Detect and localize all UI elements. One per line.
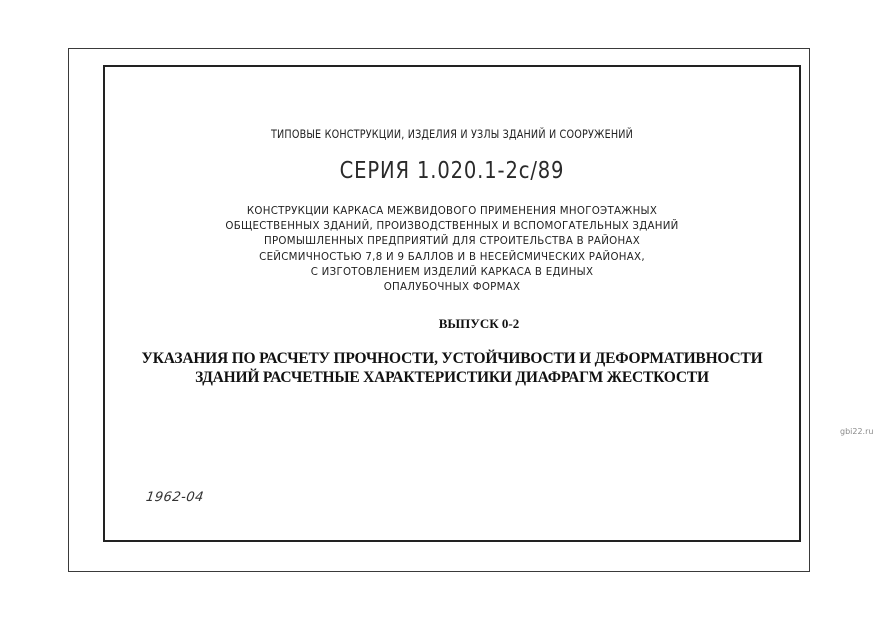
description-line: ОПАЛУБОЧНЫХ ФОРМАХ	[127, 279, 776, 294]
description-line: ОБЩЕСТВЕННЫХ ЗДАНИЙ, ПРОИЗВОДСТВЕННЫХ И …	[127, 218, 776, 233]
series-title: СЕРИЯ 1.020.1-2с/89	[155, 158, 748, 184]
issue-number: ВЫПУСК 0-2	[130, 316, 828, 332]
description-line: СЕЙСМИЧНОСТЬЮ 7,8 И 9 БАЛЛОВ И В НЕСЕЙСМ…	[127, 249, 776, 264]
document-header: ТИПОВЫЕ КОНСТРУКЦИИ, ИЗДЕЛИЯ И УЗЛЫ ЗДАН…	[127, 127, 776, 141]
description-line: С ИЗГОТОВЛЕНИЕМ ИЗДЕЛИЙ КАРКАСА В ЕДИНЫХ	[127, 264, 776, 279]
subject-line: ЗДАНИЙ РАСЧЕТНЫЕ ХАРАКТЕРИСТИКИ ДИАФРАГМ…	[103, 368, 801, 387]
document-code: 1962-04	[145, 490, 205, 505]
subject-block: УКАЗАНИЯ ПО РАСЧЕТУ ПРОЧНОСТИ, УСТОЙЧИВО…	[103, 349, 801, 387]
watermark: gbi22.ru	[840, 427, 873, 436]
subject-line: УКАЗАНИЯ ПО РАСЧЕТУ ПРОЧНОСТИ, УСТОЙЧИВО…	[103, 349, 801, 368]
description-line: ПРОМЫШЛЕННЫХ ПРЕДПРИЯТИЙ ДЛЯ СТРОИТЕЛЬСТ…	[127, 233, 776, 248]
description-block: КОНСТРУКЦИИ КАРКАСА МЕЖВИДОВОГО ПРИМЕНЕН…	[127, 203, 776, 294]
description-line: КОНСТРУКЦИИ КАРКАСА МЕЖВИДОВОГО ПРИМЕНЕН…	[127, 203, 776, 218]
